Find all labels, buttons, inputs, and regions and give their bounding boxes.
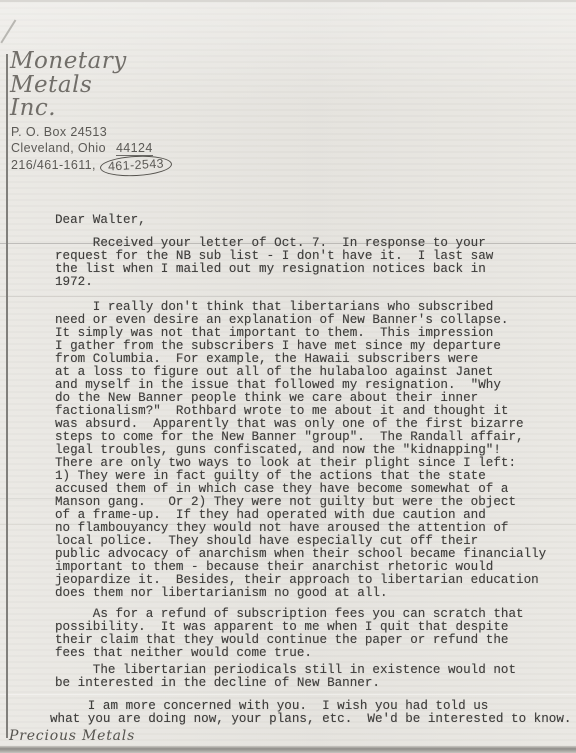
paragraph-4: The libertarian periodicals still in exi… [55,664,516,690]
scanned-letter-page: Monetary Metals Inc. P. O. Box 24513 Cle… [0,0,576,753]
footer-precious-metals: Precious Metals [9,728,135,744]
scan-bottom-edge [0,746,576,753]
phone-number-main: 216/461-1611, [11,158,96,172]
scan-top-edge [0,0,576,2]
po-box-line: P. O. Box 24513 [11,124,172,140]
paragraph-3: As for a refund of subscription fees you… [55,608,524,660]
phone-line: 216/461-1611,461-2543 [11,156,172,176]
paragraph-5: I am more concerned with you. I wish you… [50,700,571,726]
zip-code-underlined: 44124 [116,141,153,156]
company-name-line-1: Monetary [10,50,127,74]
pen-scratch-mark [0,19,16,43]
paragraph-1: Received your letter of Oct. 7. In respo… [55,237,493,289]
scan-artifact-line [0,296,576,297]
company-name-line-2: Metals [10,74,127,98]
letterhead-vertical-rule [6,54,8,738]
phone-number-circled: 461-2543 [99,155,172,179]
letterhead-company-name: Monetary Metals Inc. [10,50,127,121]
city-state-text: Cleveland, Ohio [11,141,106,155]
paragraph-2: I really don't think that libertarians w… [55,301,546,600]
letterhead-address: P. O. Box 24513 Cleveland, Ohio44124 216… [11,124,172,177]
city-state-line: Cleveland, Ohio44124 [11,140,172,156]
scan-artifact-line [0,694,576,695]
company-name-line-3: Inc. [10,97,127,121]
salutation: Dear Walter, [55,214,146,227]
